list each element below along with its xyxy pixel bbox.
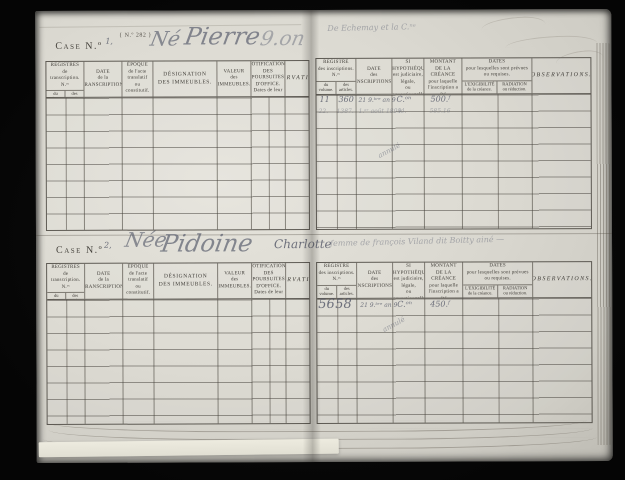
col-registres-title: REGISTRES de transcription. N.ᵒˢ: [46, 62, 83, 90]
col-date-title: DATE de la TRANSCRIPTION.: [84, 62, 121, 97]
col-hypotheque: SI L'HYPOTHÈQUE est judiciaire, légale, …: [392, 59, 424, 94]
case-script-prefix: Né: [148, 26, 182, 50]
col-registre-title: REGISTRE des inscriptions. N.ᵒˢ: [316, 59, 355, 81]
entry-montant: 450.ᶠ: [430, 300, 450, 309]
entry-montant: 500.ᶠ: [431, 95, 451, 104]
table-columns: [317, 298, 591, 423]
entry-date: 1.ᵉʳ août 1809: [359, 108, 402, 115]
entry-volume: 11: [320, 95, 330, 104]
col-valeur: VALEUR des IMMEUBLES.: [218, 263, 252, 298]
col-montant: MONTANT DE LA CRÉANCE pour laquelle l'in…: [424, 59, 462, 94]
entry-montant: 585.16: [430, 108, 451, 115]
col-designation-title: DÉSIGNATION DES IMMEUBLES.: [154, 263, 217, 298]
col-montant: MONTANT DE LA CRÉANCE pour laquelle l'in…: [425, 263, 463, 298]
col-date-inscription: DATE des INSCRIPTIONS.: [357, 263, 393, 298]
register-book-spread: Case N.º 1, { N.º 282 } Né Pierre 9.on D…: [35, 9, 613, 463]
case-number-handwritten: 1,: [105, 37, 113, 46]
upper-right-inscription-table: REGISTRE des inscriptions. N.ᵒˢ du volum…: [315, 57, 592, 230]
entry-article: 58: [335, 297, 352, 312]
table-body: 11 360 21 9.ᵇʳᵉ an 9 C.ᵒⁿ 500.ᶠ 22. 1387…: [317, 94, 591, 229]
col-exigibilite: L'EXIGIBILITÉ de la créance.: [463, 285, 497, 298]
col-article: des articles.: [335, 81, 355, 94]
col-dates-subheaders: L'EXIGIBILITÉ de la créance. RADIATION o…: [463, 284, 532, 298]
col-registres-subheaders: du volume. des articles.: [47, 292, 84, 299]
col-registres: REGISTRES de transcription. N.ᵒˢ du volu…: [47, 264, 85, 299]
col-date-title: DATE des INSCRIPTIONS.: [357, 263, 392, 298]
case-script-continuation: femme de françois Viland dit Boitty ainé…: [330, 235, 504, 248]
col-radiation: RADIATION ou réduction.: [497, 285, 532, 298]
col-registre-title: REGISTRE des inscriptions. N.ᵒˢ: [317, 263, 356, 285]
col-date-title: DATE des INSCRIPTIONS.: [356, 59, 391, 94]
col-designation: DÉSIGNATION DES IMMEUBLES.: [154, 263, 218, 298]
col-hypotheque-title: SI L'HYPOTHÈQUE est judiciaire, légale, …: [393, 263, 424, 298]
col-exigibilite: L'EXIGIBILITÉ de la créance.: [462, 81, 496, 94]
entry-date: 21 9.ᵇʳᵉ an 9: [360, 302, 397, 309]
col-registre-subheaders: du volume. des articles.: [316, 80, 355, 94]
col-observations: OBSERVATIONS.: [532, 58, 590, 93]
case-script-name: Pierre: [182, 22, 262, 50]
table-header-row: REGISTRES de transcription. N.ᵒˢ du volu…: [47, 263, 309, 300]
col-notifications: NOTIFICATIONS DES POURSUITES D'OFFICE. D…: [252, 263, 286, 298]
entry-volume: 22.: [319, 108, 329, 115]
col-valeur-title: VALEUR des IMMEUBLES.: [218, 263, 251, 298]
col-montant-title: MONTANT DE LA CRÉANCE pour laquelle l'in…: [424, 59, 461, 94]
lower-left-transcription-table: REGISTRES de transcription. N.ᵒˢ du volu…: [46, 262, 311, 425]
entry-article: 360: [339, 95, 354, 104]
book-gutter: [301, 10, 321, 462]
table-header-row: REGISTRE des inscriptions. N.ᵒˢ du volum…: [317, 262, 591, 299]
col-epoque-title: ÉPOQUE de l'acte translatif ou constitut…: [123, 264, 153, 299]
col-observations-title: OBSERVATIONS.: [532, 58, 590, 93]
entry-hypotheque: C.ᵒⁿ: [397, 300, 412, 309]
col-notifications-title: NOTIFICATIONS DES POURSUITES D'OFFICE. D…: [252, 263, 285, 298]
table-header-row: REGISTRES de transcription. N.ᵒˢ du volu…: [46, 61, 308, 98]
col-epoque-title: ÉPOQUE de l'acte translatif ou constitut…: [122, 62, 152, 97]
case-label: Case N.º: [56, 245, 103, 256]
col-registres-subheaders: du volume. des articles.: [46, 90, 83, 97]
col-article: des articles.: [64, 91, 83, 97]
col-montant-title: MONTANT DE LA CRÉANCE pour laquelle l'in…: [425, 263, 462, 298]
col-registre: REGISTRE des inscriptions. N.ᵒˢ du volum…: [316, 59, 356, 94]
pencil-scribble: [505, 34, 597, 48]
loose-page-edge: [39, 439, 339, 458]
col-date-transcription: DATE de la TRANSCRIPTION.: [85, 264, 123, 299]
entry-date: 21 9.ᵇʳᵉ an 9: [359, 97, 396, 104]
col-observations: OBSERVATIONS.: [533, 262, 591, 297]
col-dates-title: DATES pour lesquelles sont prévues ou re…: [463, 262, 532, 284]
col-epoque: ÉPOQUE de l'acte translatif ou constitut…: [123, 264, 154, 299]
col-hypotheque: SI L'HYPOTHÈQUE est judiciaire, légale, …: [393, 263, 425, 298]
page-stack-edge: [596, 43, 612, 445]
table-body: [47, 97, 309, 230]
table-body: 56 58 21 9.ᵇʳᵉ an 9 C.ᵒⁿ 450.ᶠ annulé: [317, 298, 591, 423]
entry-hypotheque: C.ᵒⁿ: [397, 95, 412, 104]
col-dates-subheaders: L'EXIGIBILITÉ de la créance. RADIATION o…: [462, 80, 531, 94]
lower-case-header: Case N.º 2, Née Pidoine Charlotte femme …: [36, 233, 612, 264]
upper-case-header: Case N.º 1, { N.º 282 } Né Pierre 9.on: [35, 24, 301, 61]
col-date-inscription: DATE des INSCRIPTIONS.: [356, 59, 392, 94]
register-scan-photo: Case N.º 1, { N.º 282 } Né Pierre 9.on D…: [0, 0, 625, 480]
case-script-name: Pidoine: [159, 229, 255, 257]
col-epoque: ÉPOQUE de l'acte translatif ou constitut…: [122, 62, 153, 97]
col-volume: du volume.: [47, 293, 65, 299]
table-header-row: REGISTRE des inscriptions. N.ᵒˢ du volum…: [316, 58, 590, 95]
col-dates-title: DATES pour lesquelles sont prévues ou re…: [462, 58, 531, 80]
col-valeur-title: VALEUR des IMMEUBLES.: [217, 61, 250, 96]
col-date-title: DATE de la TRANSCRIPTION.: [85, 264, 122, 299]
lower-right-inscription-table: REGISTRE des inscriptions. N.ᵒˢ du volum…: [316, 261, 593, 424]
col-designation-title: DÉSIGNATION DES IMMEUBLES.: [153, 61, 216, 96]
col-designation: DÉSIGNATION DES IMMEUBLES.: [153, 61, 217, 96]
col-notifications: NOTIFICATIONS DES POURSUITES D'OFFICE. D…: [251, 61, 285, 96]
col-radiation: RADIATION ou réduction.: [496, 81, 531, 94]
col-dates: DATES pour lesquelles sont prévues ou re…: [462, 58, 532, 93]
table-columns: [47, 299, 309, 424]
col-volume: du volume.: [46, 91, 64, 97]
entry-article: 1387.: [337, 108, 354, 115]
col-registre: REGISTRE des inscriptions. N.ᵒˢ du volum…: [317, 263, 357, 298]
case-number-handwritten: 2,: [104, 241, 112, 250]
col-registres: REGISTRES de transcription. N.ᵒˢ du volu…: [46, 62, 84, 97]
case-script-flourish: 9.on: [258, 26, 307, 50]
col-notifications-title: NOTIFICATIONS DES POURSUITES D'OFFICE. D…: [251, 61, 284, 96]
entry-volume: 56: [318, 297, 335, 312]
margin-script-note: De Echemay et la C.ⁿᵉ: [327, 22, 416, 33]
table-body: [47, 299, 309, 424]
table-columns: [47, 97, 309, 230]
col-date-transcription: DATE de la TRANSCRIPTION.: [84, 62, 122, 97]
col-article: des articles.: [65, 293, 84, 299]
col-registres-title: REGISTRES de transcription. N.ᵒˢ: [47, 264, 84, 292]
pencil-scribble: [481, 15, 546, 30]
entry-hypotheque: id.: [399, 108, 407, 115]
col-valeur: VALEUR des IMMEUBLES.: [217, 61, 251, 96]
col-observations-title: OBSERVATIONS.: [533, 262, 591, 297]
col-dates: DATES pour lesquelles sont prévues ou re…: [463, 262, 533, 297]
case-label: Case N.º: [55, 41, 102, 52]
case-ref-printed: { N.º 282 }: [119, 33, 151, 39]
upper-left-transcription-table: REGISTRES de transcription. N.ᵒˢ du volu…: [45, 60, 310, 231]
col-hypotheque-title: SI L'HYPOTHÈQUE est judiciaire, légale, …: [392, 59, 423, 94]
